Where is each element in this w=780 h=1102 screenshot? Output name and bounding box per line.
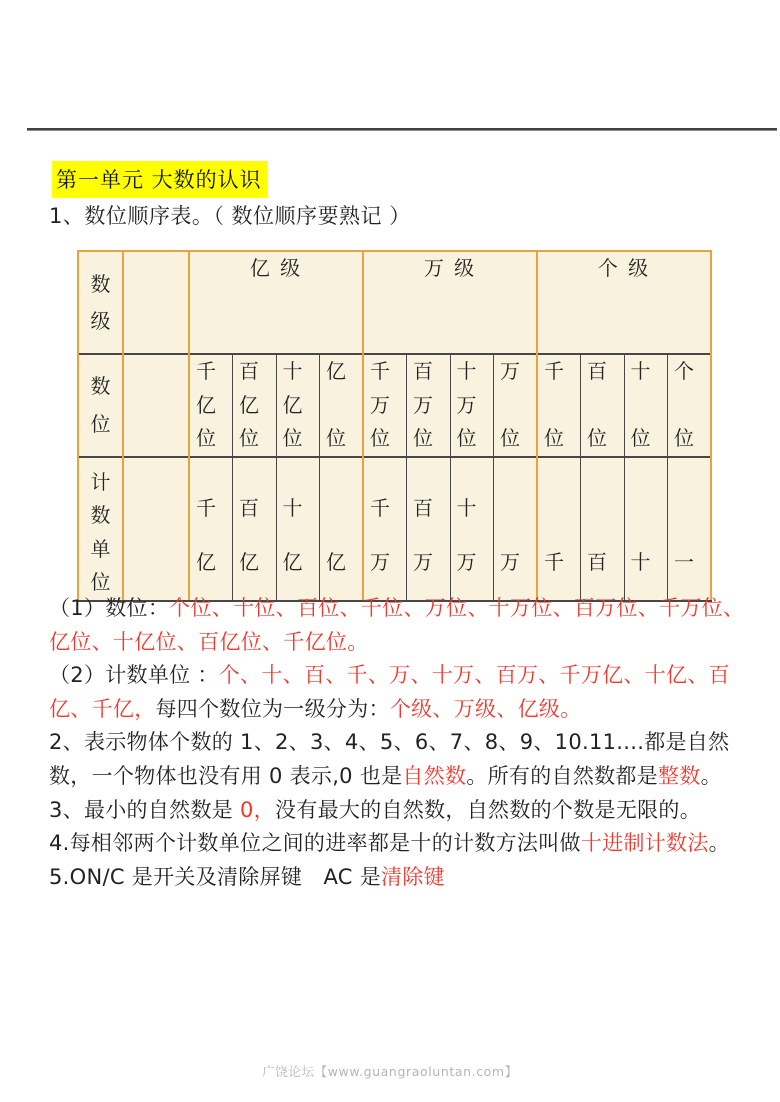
text-segment: 4.每相邻两个计数单位之间的进率都是十的计数方法叫做 (49, 831, 581, 855)
place-char: 百 (233, 355, 276, 389)
group-header-cell: 万 级 (363, 251, 537, 354)
place-char: 十 (277, 458, 320, 530)
vertical-label-char: 级 (79, 303, 122, 340)
place-char: 位 (233, 422, 276, 456)
place-char (320, 458, 362, 530)
counting-unit-row-cell: 十万 (450, 457, 494, 601)
place-char: 十 (451, 458, 494, 530)
counting-unit-row-cell: 百亿 (233, 457, 277, 601)
place-char: 千 (190, 458, 232, 530)
text-segment: 每四个数位为一级分为： (156, 697, 390, 721)
counting-unit-row-cell: 千亿 (189, 457, 233, 601)
place-char (538, 389, 580, 423)
footer-watermark: 广饶论坛【www.guangraoluntan.com】 (0, 1062, 780, 1080)
text-segment: 清除键 (381, 865, 445, 889)
place-char: 百 (581, 355, 624, 389)
body-paragraph: 4.每相邻两个计数单位之间的进率都是十的计数方法叫做十进制计数法。 (49, 827, 745, 861)
place-char: 位 (320, 422, 362, 456)
body-paragraph: 5.ON/C 是开关及清除屏键 AC 是清除键 (49, 861, 745, 895)
text-segment: （2）计数单位 ： (49, 663, 219, 687)
place-char: 万 (451, 530, 494, 596)
section-intro: 1、数位顺序表。（ 数位顺序要熟记 ） (49, 200, 411, 230)
counting-unit-row-cell: 一 (668, 457, 712, 601)
text-segment: 5.ON/C 是开关及清除屏键 AC 是 (49, 865, 381, 889)
place-char (668, 458, 710, 530)
place-char: 亿 (233, 389, 276, 423)
place-char: 万 (494, 530, 536, 596)
counting-unit-row-cell: 千 (537, 457, 581, 601)
place-char (320, 389, 362, 423)
place-char (538, 458, 580, 530)
place-char: 百 (233, 458, 276, 530)
digit-place-row-cell: 千万位 (363, 354, 407, 457)
body-paragraph: （2）计数单位 ：个、十、百、千、万、十万、百万、千万亿、十亿、百亿、千亿，每四… (49, 659, 745, 726)
place-char: 一 (668, 530, 710, 596)
place-char: 位 (625, 422, 668, 456)
place-char: 千 (364, 355, 406, 389)
body-paragraph: 2、表示物体个数的 1、2、3、4、5、6、7、8、9、10.11....都是自… (49, 726, 745, 793)
counting-unit-row-cell: 亿 (320, 457, 364, 601)
place-char: 万 (407, 530, 450, 596)
place-value-table: 数级亿 级万 级个 级数位千亿位百亿位十亿位亿 位千万位百万位十万位万 位千 位… (77, 250, 712, 602)
place-char: 万 (407, 389, 450, 423)
place-char: 千 (538, 530, 580, 596)
counting-unit-row-cell: 十亿 (276, 457, 320, 601)
place-char: 千 (538, 355, 580, 389)
text-segment: 十进制计数法 (581, 831, 709, 855)
place-char: 十 (451, 355, 494, 389)
place-char (668, 389, 710, 423)
body-paragraph: （1）数位：个位、十位、百位、千位、万位、十万位、百万位、千万位、亿位、十亿位、… (49, 592, 745, 659)
vertical-label-char: 数 (79, 367, 122, 405)
place-char: 位 (668, 422, 710, 456)
body-paragraph: 3、最小的自然数是 0，没有最大的自然数，自然数的个数是无限的。 (49, 794, 745, 828)
text-segment: 。 (709, 831, 730, 855)
place-char: 亿 (190, 530, 232, 596)
text-segment: 自然数 (402, 764, 466, 788)
vertical-label-char: 计 (79, 466, 122, 500)
place-char: 十 (277, 355, 320, 389)
unit-title: 第一单元 大数的认识 (52, 161, 268, 198)
place-char: 万 (364, 389, 406, 423)
digit-place-row-cell: 千 位 (537, 354, 581, 457)
place-char (625, 389, 668, 423)
place-char: 亿 (233, 530, 276, 596)
place-char: 位 (364, 422, 406, 456)
place-char: 万 (364, 530, 406, 596)
place-char (581, 458, 624, 530)
vertical-label-char: 数 (79, 499, 122, 533)
text-segment: 。 (701, 764, 722, 788)
vertical-label-char: 单 (79, 533, 122, 567)
digit-place-row-cell: 万 位 (494, 354, 538, 457)
spacer-cell (123, 251, 189, 354)
place-char: 万 (451, 389, 494, 423)
digit-place-row-cell: 个 位 (668, 354, 712, 457)
row-label: 数位 (78, 354, 123, 457)
place-char: 亿 (277, 389, 320, 423)
place-char: 个 (668, 355, 710, 389)
place-char: 百 (407, 355, 450, 389)
counting-unit-row-cell: 万 (494, 457, 538, 601)
place-char: 亿 (190, 389, 232, 423)
place-char: 位 (538, 422, 580, 456)
text-segment: 个级、万级、亿级。 (390, 697, 582, 721)
place-char: 十 (625, 530, 668, 596)
document-page: 第一单元 大数的认识 1、数位顺序表。（ 数位顺序要熟记 ） 数级亿 级万 级个… (0, 0, 780, 1102)
group-header-cell: 个 级 (537, 251, 711, 354)
place-char: 亿 (320, 530, 362, 596)
place-char: 位 (451, 422, 494, 456)
text-segment: 整数 (658, 764, 701, 788)
place-char: 百 (581, 530, 624, 596)
header-divider (27, 128, 777, 131)
digit-place-row-cell: 百万位 (407, 354, 451, 457)
text-segment: 没有最大的自然数，自然数的个数是无限的。 (275, 798, 701, 822)
place-char: 千 (364, 458, 406, 530)
place-char: 千 (190, 355, 232, 389)
counting-unit-row: 计数单位千亿百亿十亿 亿千万百万十万 万 千 百 十 一 (78, 457, 711, 601)
place-char: 位 (277, 422, 320, 456)
digit-place-row-cell: 十亿位 (276, 354, 320, 457)
counting-unit-row-cell: 百万 (407, 457, 451, 601)
digit-place-row: 数位千亿位百亿位十亿位亿 位千万位百万位十万位万 位千 位百 位十 位个 位 (78, 354, 711, 457)
place-char: 位 (407, 422, 450, 456)
group-header-cell: 亿 级 (189, 251, 363, 354)
text-segment: （1）数位： (49, 596, 169, 620)
digit-place-row-cell: 亿 位 (320, 354, 364, 457)
text-segment: 0， (240, 798, 275, 822)
text-segment: 3、最小的自然数是 (49, 798, 240, 822)
place-char: 位 (581, 422, 624, 456)
place-char: 亿 (277, 530, 320, 596)
spacer-cell (123, 457, 189, 601)
spacer-cell (123, 354, 189, 457)
place-char (494, 458, 536, 530)
digit-place-row-cell: 千亿位 (189, 354, 233, 457)
counting-unit-row-cell: 百 (581, 457, 625, 601)
vertical-label-char: 数 (79, 266, 122, 303)
place-char: 亿 (320, 355, 362, 389)
vertical-label-char: 位 (79, 405, 122, 443)
place-char (494, 389, 536, 423)
place-char: 十 (625, 355, 668, 389)
place-char: 位 (494, 422, 536, 456)
row-label: 计数单位 (78, 457, 123, 601)
notes-body: （1）数位：个位、十位、百位、千位、万位、十万位、百万位、千万位、亿位、十亿位、… (49, 592, 745, 894)
counting-unit-row-cell: 十 (624, 457, 668, 601)
counting-unit-row-cell: 千万 (363, 457, 407, 601)
place-char (625, 458, 668, 530)
place-char: 位 (190, 422, 232, 456)
place-char (581, 389, 624, 423)
digit-place-row-cell: 百亿位 (233, 354, 277, 457)
row-label-number-level: 数级 (78, 251, 123, 354)
table-row-number-levels: 数级亿 级万 级个 级 (78, 251, 711, 354)
text-segment: 。所有的自然数都是 (466, 764, 658, 788)
digit-place-row-cell: 十 位 (624, 354, 668, 457)
digit-place-row-cell: 十万位 (450, 354, 494, 457)
place-char: 百 (407, 458, 450, 530)
digit-place-row-cell: 百 位 (581, 354, 625, 457)
place-char: 万 (494, 355, 536, 389)
